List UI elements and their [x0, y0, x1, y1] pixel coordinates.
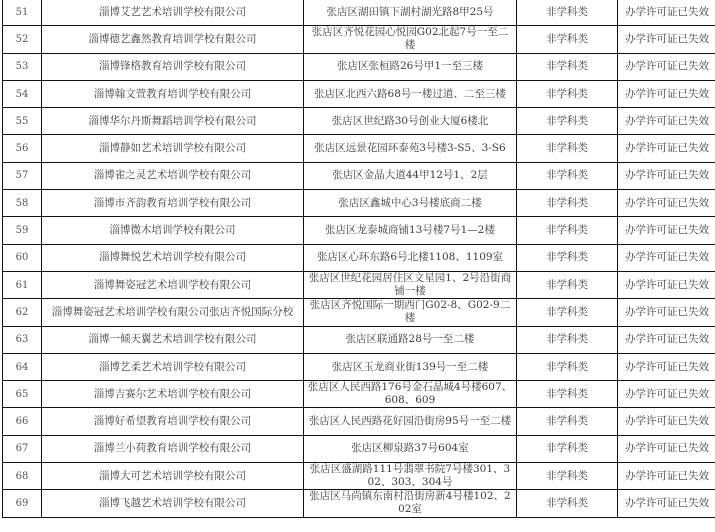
school-type: 非学科类 — [517, 108, 618, 135]
school-name: 淄博雀之灵艺术培训学校有限公司 — [42, 162, 304, 189]
row-number: 66 — [3, 408, 42, 435]
school-name: 淄博兰小荷教育培训学校有限公司 — [42, 435, 304, 462]
school-type: 非学科类 — [517, 353, 618, 380]
school-address: 张店区世纪花园居住区文星园1、2号沿街商铺一楼 — [304, 271, 517, 298]
license-status: 办学许可证已失效 — [618, 408, 715, 435]
license-status: 办学许可证已失效 — [618, 381, 715, 408]
school-name: 淄博德艺鑫然教育培训学校有限公司 — [42, 26, 304, 53]
school-type: 非学科类 — [517, 217, 618, 244]
school-name: 淄博艺柔艺术培训学校有限公司 — [42, 353, 304, 380]
school-type: 非学科类 — [517, 53, 618, 80]
license-status: 办学许可证已失效 — [618, 26, 715, 53]
table-row: 64 淄博艺柔艺术培训学校有限公司 张店区玉龙商业街139号一至二楼 非学科类 … — [3, 353, 715, 380]
school-name: 淄博飞越艺术培训学校有限公司 — [42, 490, 304, 517]
row-number: 69 — [3, 490, 42, 517]
table-row: 59 淄博微木培训学校有限公司 张店区龙泰城商铺13号楼7号1—2楼 非学科类 … — [3, 217, 715, 244]
license-status: 办学许可证已失效 — [618, 299, 715, 326]
license-status: 办学许可证已失效 — [618, 108, 715, 135]
license-status: 办学许可证已失效 — [618, 80, 715, 107]
license-status: 办学许可证已失效 — [618, 490, 715, 517]
school-name: 淄博翰文萱教育培训学校有限公司 — [42, 80, 304, 107]
table-row: 52 淄博德艺鑫然教育培训学校有限公司 张店区齐悦花园心悦园G02北起7号一至二… — [3, 26, 715, 53]
school-address: 张店区鑫城中心3号楼底商二楼 — [304, 190, 517, 217]
license-status: 办学许可证已失效 — [618, 135, 715, 162]
school-type: 非学科类 — [517, 463, 618, 490]
school-address: 张店区马尚镇东南村沿街房新4号楼102、202室 — [304, 490, 517, 517]
row-number: 58 — [3, 190, 42, 217]
table-row: 54 淄博翰文萱教育培训学校有限公司 张店区北西六路68号一楼过道、二至三楼 非… — [3, 80, 715, 107]
school-name: 淄博好希望教育培训学校有限公司 — [42, 408, 304, 435]
row-number: 56 — [3, 135, 42, 162]
table-row: 55 淄博华尔丹斯舞蹈培训学校有限公司 张店区世纪路30号创业大厦6楼北 非学科… — [3, 108, 715, 135]
school-address: 张店区玉龙商业街139号一至二楼 — [304, 353, 517, 380]
license-status: 办学许可证已失效 — [618, 0, 715, 26]
table-row: 69 淄博飞越艺术培训学校有限公司 张店区马尚镇东南村沿街房新4号楼102、20… — [3, 490, 715, 517]
school-address: 张店区世纪路30号创业大厦6楼北 — [304, 108, 517, 135]
school-name: 淄博大可艺术培训学校有限公司 — [42, 463, 304, 490]
school-name: 淄博舞姿冠艺术培训学校有限公司 — [42, 271, 304, 298]
row-number: 61 — [3, 271, 42, 298]
school-address: 张店区远景花园环泰苑3号楼3-S5、3-S6 — [304, 135, 517, 162]
school-type: 非学科类 — [517, 408, 618, 435]
school-type: 非学科类 — [517, 135, 618, 162]
schools-table: 51 淄博艾艺艺术培训学校有限公司 张店区湖田镇下湖村湖光路8甲25号 非学科类… — [2, 0, 715, 518]
table-row: 63 淄博一倾天翼艺术培训学校有限公司 张店区联通路28号一至二楼 非学科类 办… — [3, 326, 715, 353]
row-number: 52 — [3, 26, 42, 53]
row-number: 60 — [3, 244, 42, 271]
school-name: 淄博市齐韵教育培训学校有限公司 — [42, 190, 304, 217]
school-type: 非学科类 — [517, 244, 618, 271]
row-number: 55 — [3, 108, 42, 135]
license-status: 办学许可证已失效 — [618, 244, 715, 271]
row-number: 62 — [3, 299, 42, 326]
school-type: 非学科类 — [517, 80, 618, 107]
table-row: 53 淄博锋格教育培训学校有限公司 张店区张桓路26号甲1一至三楼 非学科类 办… — [3, 53, 715, 80]
row-number: 64 — [3, 353, 42, 380]
row-number: 67 — [3, 435, 42, 462]
school-name: 淄博微木培训学校有限公司 — [42, 217, 304, 244]
table-row: 56 淄博静如艺术培训学校有限公司 张店区远景花园环泰苑3号楼3-S5、3-S6… — [3, 135, 715, 162]
row-number: 51 — [3, 0, 42, 26]
schools-table-body: 51 淄博艾艺艺术培训学校有限公司 张店区湖田镇下湖村湖光路8甲25号 非学科类… — [3, 0, 715, 517]
row-number: 59 — [3, 217, 42, 244]
school-type: 非学科类 — [517, 435, 618, 462]
school-address: 张店区北西六路68号一楼过道、二至三楼 — [304, 80, 517, 107]
school-address: 张店区心环东路6号北楼1108、1109室 — [304, 244, 517, 271]
school-name: 淄博锋格教育培训学校有限公司 — [42, 53, 304, 80]
school-name: 淄博吉赛尔艺术培训学校有限公司 — [42, 381, 304, 408]
school-address: 张店区人民西路花好园沿街房95号一至二楼 — [304, 408, 517, 435]
school-address: 张店区龙泰城商铺13号楼7号1—2楼 — [304, 217, 517, 244]
table-row: 61 淄博舞姿冠艺术培训学校有限公司 张店区世纪花园居住区文星园1、2号沿街商铺… — [3, 271, 715, 298]
school-type: 非学科类 — [517, 271, 618, 298]
license-status: 办学许可证已失效 — [618, 463, 715, 490]
school-address: 张店区联通路28号一至二楼 — [304, 326, 517, 353]
license-status: 办学许可证已失效 — [618, 162, 715, 189]
school-address: 张店区张桓路26号甲1一至三楼 — [304, 53, 517, 80]
school-type: 非学科类 — [517, 26, 618, 53]
school-name: 淄博一倾天翼艺术培训学校有限公司 — [42, 326, 304, 353]
school-type: 非学科类 — [517, 299, 618, 326]
school-type: 非学科类 — [517, 381, 618, 408]
license-status: 办学许可证已失效 — [618, 353, 715, 380]
school-address: 张店区盛湖路111号翡翠书院7号楼301、302、303、304号 — [304, 463, 517, 490]
row-number: 54 — [3, 80, 42, 107]
table-row: 57 淄博雀之灵艺术培训学校有限公司 张店区金晶大道44甲12号1、2层 非学科… — [3, 162, 715, 189]
school-address: 张店区柳泉路37号604室 — [304, 435, 517, 462]
license-status: 办学许可证已失效 — [618, 435, 715, 462]
license-status: 办学许可证已失效 — [618, 326, 715, 353]
table-row: 60 淄博舞悦艺术培训学校有限公司 张店区心环东路6号北楼1108、1109室 … — [3, 244, 715, 271]
school-type: 非学科类 — [517, 190, 618, 217]
table-row: 62 淄博舞姿冠艺术培训学校有限公司张店齐悦国际分校 张店区齐悦国际一期西门G0… — [3, 299, 715, 326]
row-number: 53 — [3, 53, 42, 80]
license-status: 办学许可证已失效 — [618, 217, 715, 244]
row-number: 63 — [3, 326, 42, 353]
license-status: 办学许可证已失效 — [618, 190, 715, 217]
license-status: 办学许可证已失效 — [618, 271, 715, 298]
school-type: 非学科类 — [517, 326, 618, 353]
school-name: 淄博静如艺术培训学校有限公司 — [42, 135, 304, 162]
school-address: 张店区齐悦国际一期西门G02-8、G02-9二楼 — [304, 299, 517, 326]
schools-table-container: 51 淄博艾艺艺术培训学校有限公司 张店区湖田镇下湖村湖光路8甲25号 非学科类… — [2, 0, 713, 518]
school-name: 淄博艾艺艺术培训学校有限公司 — [42, 0, 304, 26]
row-number: 65 — [3, 381, 42, 408]
table-row: 58 淄博市齐韵教育培训学校有限公司 张店区鑫城中心3号楼底商二楼 非学科类 办… — [3, 190, 715, 217]
school-name: 淄博舞姿冠艺术培训学校有限公司张店齐悦国际分校 — [42, 299, 304, 326]
school-address: 张店区金晶大道44甲12号1、2层 — [304, 162, 517, 189]
school-address: 张店区湖田镇下湖村湖光路8甲25号 — [304, 0, 517, 26]
school-type: 非学科类 — [517, 490, 618, 517]
license-status: 办学许可证已失效 — [618, 53, 715, 80]
school-name: 淄博华尔丹斯舞蹈培训学校有限公司 — [42, 108, 304, 135]
table-row: 51 淄博艾艺艺术培训学校有限公司 张店区湖田镇下湖村湖光路8甲25号 非学科类… — [3, 0, 715, 26]
table-row: 68 淄博大可艺术培训学校有限公司 张店区盛湖路111号翡翠书院7号楼301、3… — [3, 463, 715, 490]
table-row: 67 淄博兰小荷教育培训学校有限公司 张店区柳泉路37号604室 非学科类 办学… — [3, 435, 715, 462]
row-number: 68 — [3, 463, 42, 490]
table-row: 65 淄博吉赛尔艺术培训学校有限公司 张店区人民西路176号金石晶城4号楼607… — [3, 381, 715, 408]
school-name: 淄博舞悦艺术培训学校有限公司 — [42, 244, 304, 271]
table-row: 66 淄博好希望教育培训学校有限公司 张店区人民西路花好园沿街房95号一至二楼 … — [3, 408, 715, 435]
school-type: 非学科类 — [517, 162, 618, 189]
row-number: 57 — [3, 162, 42, 189]
school-type: 非学科类 — [517, 0, 618, 26]
school-address: 张店区人民西路176号金石晶城4号楼607、608、609 — [304, 381, 517, 408]
school-address: 张店区齐悦花园心悦园G02北起7号一至二楼 — [304, 26, 517, 53]
